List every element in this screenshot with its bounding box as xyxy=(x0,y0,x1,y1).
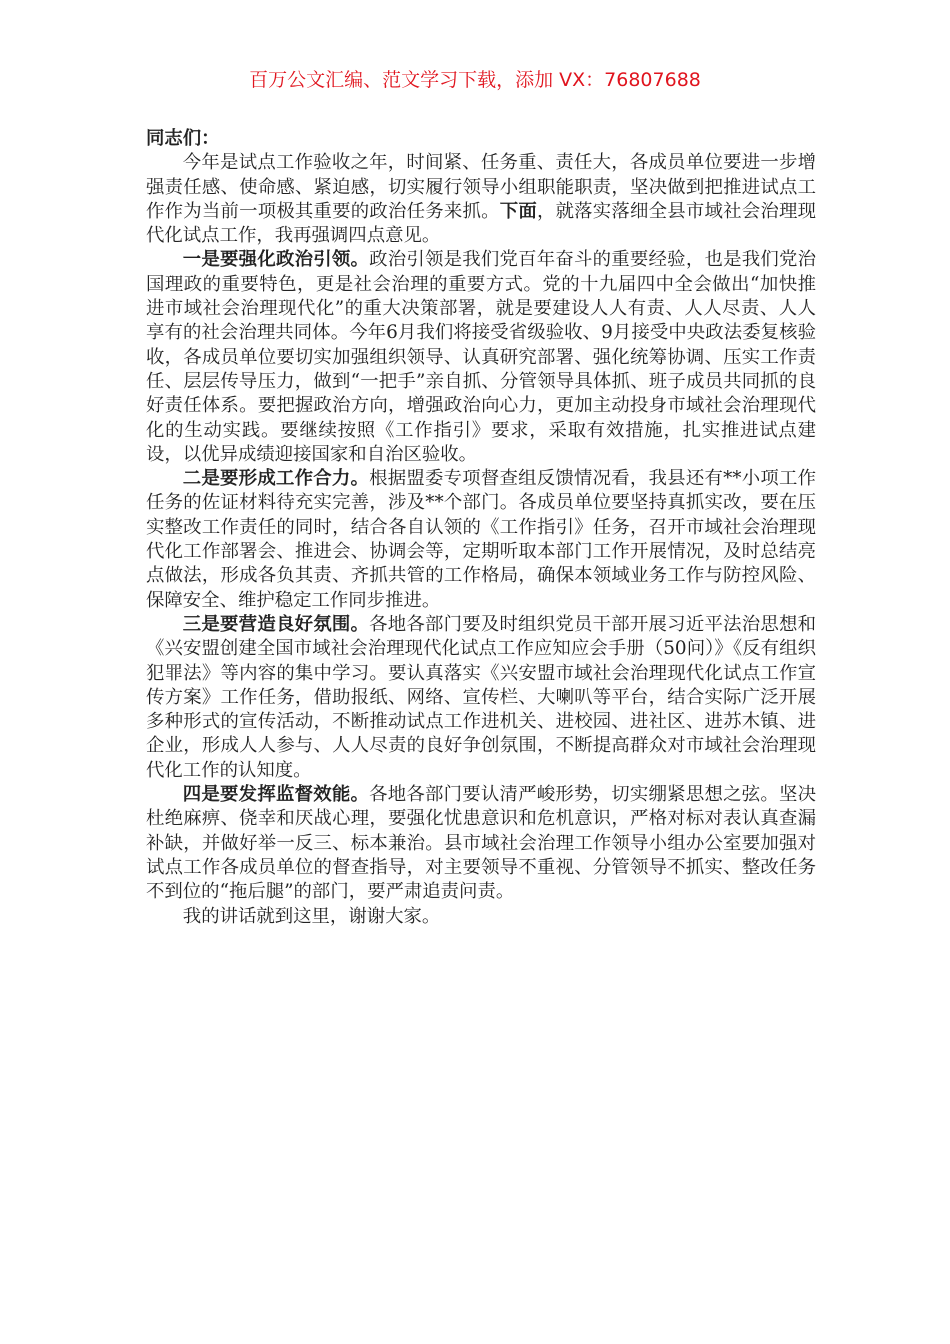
intro-paragraph: 今年是试点工作验收之年，时间紧、任务重、责任大，各成员单位要进一步增强责任感、使… xyxy=(146,151,816,248)
section-paragraph-1: 一是要强化政治引领。政治引领是我们党百年奋斗的重要经验，也是我们党治国理政的重要… xyxy=(146,248,816,467)
section-paragraph-2: 二是要形成工作合力。根据盟委专项督查组反馈情况看，我县还有**小项工作任务的佐证… xyxy=(146,467,816,613)
section-body-3: 各地各部门要及时组织党员干部开展习近平法治思想和《兴安盟创建全国市域社会治理现代… xyxy=(146,614,816,781)
section-paragraph-3: 三是要营造良好氛围。各地各部门要及时组织党员干部开展习近平法治思想和《兴安盟创建… xyxy=(146,613,816,783)
salutation: 同志们： xyxy=(146,127,816,151)
section-heading-2: 二是要形成工作合力。 xyxy=(183,468,369,489)
watermark-banner: 百万公文汇编、范文学习下载，添加 VX：76807688 xyxy=(0,66,950,94)
closing-paragraph: 我的讲话就到这里，谢谢大家。 xyxy=(146,905,816,929)
section-heading-3: 三是要营造良好氛围。 xyxy=(183,614,369,635)
section-paragraph-4: 四是要发挥监督效能。各地各部门要认清严峻形势，切实绷紧思想之弦。坚决杜绝麻痹、侥… xyxy=(146,783,816,904)
section-body-1: 政治引领是我们党百年奋斗的重要经验，也是我们党治国理政的重要特色，更是社会治理的… xyxy=(146,249,816,464)
speech-document: 同志们： 今年是试点工作验收之年，时间紧、任务重、责任大，各成员单位要进一步增强… xyxy=(146,127,816,929)
section-heading-1: 一是要强化政治引领。 xyxy=(183,249,369,270)
section-body-2: 根据盟委专项督查组反馈情况看，我县还有**小项工作任务的佐证材料待充实完善，涉及… xyxy=(146,468,816,610)
section-heading-4: 四是要发挥监督效能。 xyxy=(183,784,369,805)
intro-bold-text: 下面 xyxy=(500,201,537,222)
